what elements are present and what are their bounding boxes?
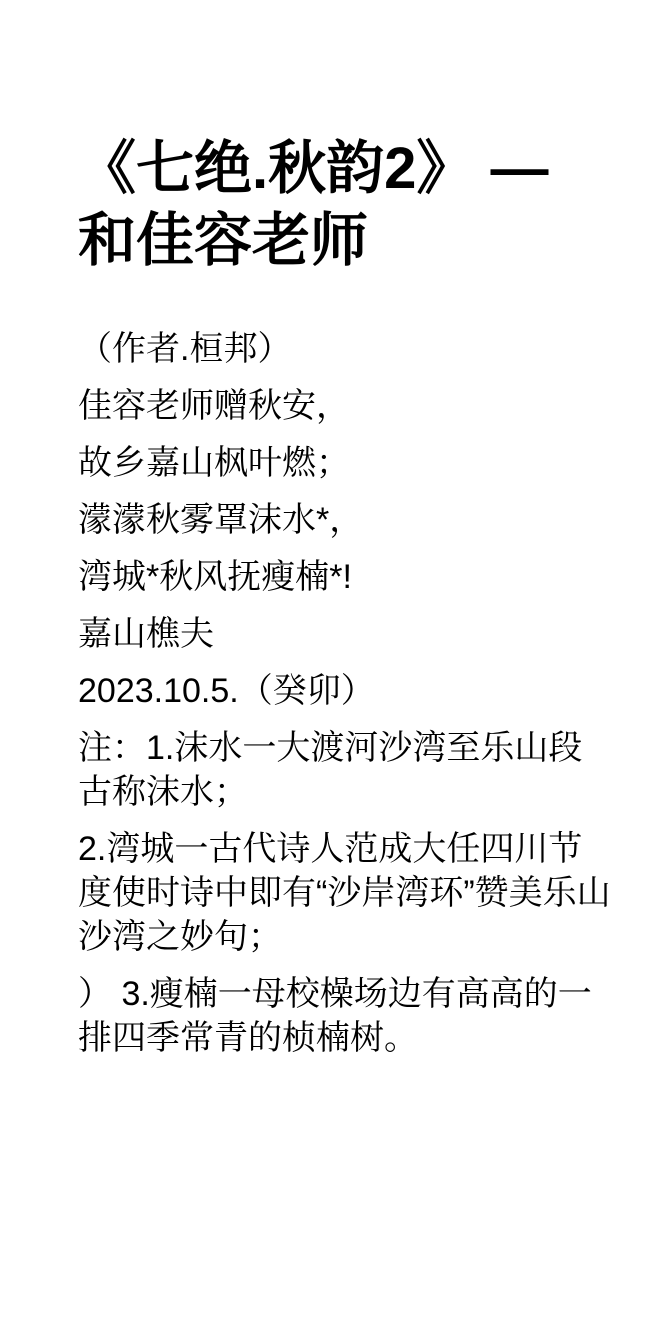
page-title: 《七绝.秋韵2》 — 和佳容老师 (78, 133, 612, 277)
poem-line-3: 濛濛秋雾罩沫水*， (78, 498, 612, 542)
author-line: （作者.桓邦） (78, 327, 612, 371)
poem-line-4: 湾城*秋风抚瘦楠*! (78, 555, 612, 599)
note-1: 注：1.沫水一大渡河沙湾至乐山段古称沫水； (78, 726, 612, 814)
signature-line: 嘉山樵夫 (78, 612, 612, 656)
date-line: 2023.10.5.（癸卯） (78, 669, 612, 713)
title-line-1: 《七绝.秋韵2》 — (78, 133, 612, 205)
note-2: 2.湾城一古代诗人范成大任四川节度使时诗中即有“沙岸湾环”赞美乐山沙湾之妙句； (78, 827, 612, 959)
poem-line-2: 故乡嘉山枫叶燃； (78, 441, 612, 485)
title-line-2: 和佳容老师 (78, 205, 612, 277)
poem-line-1: 佳容老师赠秋安， (78, 384, 612, 428)
note-3: ） 3.瘦楠一母校橾场边有高高的一排四季常青的桢楠树。 (78, 972, 612, 1060)
document-page: 《七绝.秋韵2》 — 和佳容老师 （作者.桓邦） 佳容老师赠秋安， 故乡嘉山枫叶… (0, 0, 650, 1060)
